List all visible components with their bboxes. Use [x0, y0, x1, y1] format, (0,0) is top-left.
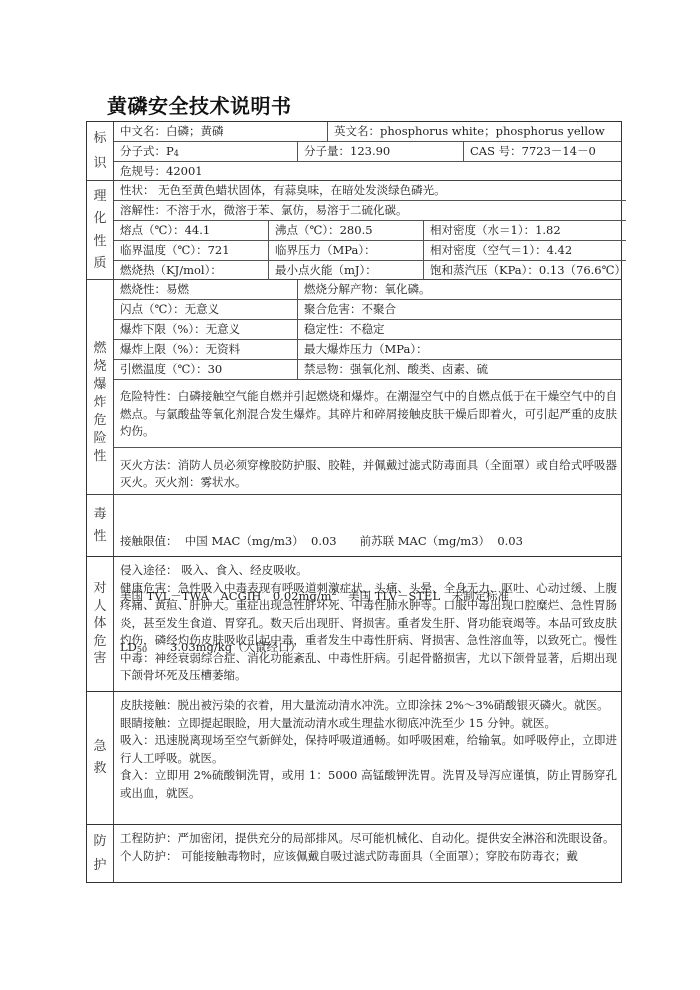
flash-point: 闪点（℃）：无意义 [114, 300, 297, 319]
first-aid-inhalation: 吸入：迅速脱离现场至空气新鲜处，保持呼吸道通畅。如呼吸困难，给输氧。如呼吸停止，… [120, 732, 617, 767]
label-char: 性 [93, 232, 106, 251]
label-char: 毒 [93, 504, 106, 526]
section-label-health: 对 人 体 危 害 [87, 557, 114, 691]
polymerization-hazard: 聚合危害：不聚合 [297, 300, 621, 319]
first-aid-eyes: 眼睛接触：立即提起眼睑，用大量流动清水或生理盐水彻底冲洗至少 15 分钟。就医。 [120, 715, 617, 733]
heat-of-combustion: 燃烧热（KJ/mol）： [114, 261, 268, 280]
first-aid-ingestion: 食入：立即用 2%硫酸铜洗胃，或用 1：5000 高锰酸钾洗胃。洗胃及导泻应谨慎… [120, 767, 617, 802]
label-char: 防 [93, 832, 106, 851]
english-name: 英文名：phosphorus white；phosphorus yellow [327, 122, 621, 141]
section-label-first-aid: 急 救 [87, 692, 114, 824]
label-char: 危 [93, 633, 106, 651]
label-char: 理 [93, 187, 106, 206]
molecular-formula: 分子式：P4 [114, 142, 297, 161]
lower-explosive-limit: 爆炸下限（%）：无意义 [114, 320, 297, 339]
molecular-weight: 分子量：123.90 [297, 142, 463, 161]
section-toxicity: 毒 性 接触限值： 中国 MAC（mg/m3） 0.03 前苏联 MAC（mg/… [87, 494, 621, 556]
section-label-physchem: 理 化 性 质 [87, 181, 114, 279]
engineering-protection: 工程防护：严加密闭，提供充分的局部排风。尽可能机械化、自动化。提供安全淋浴和洗眼… [120, 830, 617, 848]
combustion-products: 燃烧分解产物：氧化磷。 [297, 280, 621, 299]
stability: 稳定性：不稳定 [297, 320, 621, 339]
formula-text: 分子式：P [120, 144, 174, 158]
personal-protection: 个人防护： 可能接触毒物时，应该佩戴自吸过滤式防毒面具（全面罩）；穿胶布防毒衣；… [120, 848, 617, 866]
section-first-aid: 急 救 皮肤接触：脱出被污染的衣着，用大量流动清水冲洗。立即涂抹 2%～3%硝酸… [87, 691, 621, 824]
exposure-limit-china-ussr: 接触限值： 中国 MAC（mg/m3） 0.03 前苏联 MAC（mg/m3） … [120, 533, 617, 550]
melting-point: 熔点（℃）：44.1 [114, 221, 268, 240]
label-char: 燃 [93, 340, 106, 358]
label-char: 人 [93, 598, 106, 616]
label-char: 急 [93, 736, 106, 758]
critical-temperature: 临界温度（℃）：721 [114, 241, 268, 260]
protection-content: 工程防护：严加密闭，提供充分的局部排风。尽可能机械化、自动化。提供安全淋浴和洗眼… [114, 825, 621, 882]
hazard-characteristics-text: 危险特性：白磷接触空气能自燃并引起燃烧和爆炸。在潮湿空气中的自燃点低于在干燥空气… [120, 388, 617, 441]
label-char: 护 [93, 856, 106, 875]
section-label-protection: 防 护 [87, 825, 114, 882]
relative-density-air: 相对密度（空气＝1）：4.42 [423, 241, 626, 260]
section-protection: 防 护 工程防护：严加密闭，提供充分的局部排风。尽可能机械化、自动化。提供安全淋… [87, 824, 621, 882]
label-char: 险 [93, 430, 106, 448]
autoignition-temperature: 引燃温度（℃）：30 [114, 360, 297, 379]
routes-of-entry: 侵入途径： 吸入、食入、经皮吸收。 [120, 562, 617, 580]
label-char: 烧 [93, 358, 106, 376]
critical-pressure: 临界压力（MPa）： [268, 241, 423, 260]
hazard-characteristics: 危险特性：白磷接触空气能自燃并引起燃烧和爆炸。在潮湿空气中的自燃点低于在干燥空气… [114, 379, 621, 447]
label-char: 体 [93, 615, 106, 633]
chinese-name: 中文名：白磷；黄磷 [114, 122, 327, 141]
label-char: 爆 [93, 376, 106, 394]
section-label-fire: 燃 烧 爆 炸 危 险 性 [87, 280, 114, 494]
incompatible-materials: 禁忌物：强氧化剂、酸类、卤素、硫 [297, 360, 621, 379]
safety-data-table: 标 识 中文名：白磷；黄磷 英文名：phosphorus white；phosp… [86, 121, 622, 883]
health-hazard-content: 侵入途径： 吸入、食入、经皮吸收。 健康危害：急性吸入中毒表现有呼吸道刺激症状、… [114, 557, 621, 691]
max-explosion-pressure: 最大爆炸压力（MPa）： [297, 340, 621, 359]
hazard-regulation-number: 危规号：42001 [114, 162, 621, 181]
label-char: 性 [93, 526, 106, 548]
label-char: 炸 [93, 394, 106, 412]
label-char: 危 [93, 412, 106, 430]
boiling-point: 沸点（℃）：280.5 [268, 221, 423, 240]
formula-subscript: 4 [174, 149, 179, 158]
label-char: 性 [93, 448, 106, 466]
solubility: 溶解性：不溶于水，微溶于苯、氯仿，易溶于二硫化碳。 [114, 201, 626, 220]
extinguishing-method: 灭火方法：消防人员必须穿橡胶防护服、胶鞋，并佩戴过滤式防毒面具（全面罩）或自给式… [114, 447, 621, 498]
section-health-hazard: 对 人 体 危 害 侵入途径： 吸入、食入、经皮吸收。 健康危害：急性吸入中毒表… [87, 556, 621, 691]
cas-number: CAS 号：7723－14－0 [463, 142, 621, 161]
relative-density-water: 相对密度（水＝1）：1.82 [423, 221, 626, 240]
section-label-identification: 标 识 [87, 122, 114, 180]
document-title: 黄磷安全技术说明书 [107, 90, 292, 119]
upper-explosive-limit: 爆炸上限（%）：无资料 [114, 340, 297, 359]
label-char: 化 [93, 209, 106, 228]
first-aid-content: 皮肤接触：脱出被污染的衣着，用大量流动清水冲洗。立即涂抹 2%～3%硝酸银灭磷火… [114, 692, 621, 808]
section-label-toxicity: 毒 性 [87, 495, 114, 556]
label-char: 对 [93, 580, 106, 598]
label-char: 质 [93, 254, 106, 273]
first-aid-skin: 皮肤接触：脱出被污染的衣着，用大量流动清水冲洗。立即涂抹 2%～3%硝酸银灭磷火… [120, 697, 617, 715]
saturated-vapor-pressure: 饱和蒸汽压（KPa）：0.13（76.6℃） [423, 261, 626, 280]
appearance: 性状： 无色至黄色蜡状固体，有蒜臭味，在暗处发淡绿色磷光。 [114, 181, 626, 200]
extinguishing-text: 灭火方法：消防人员必须穿橡胶防护服、胶鞋，并佩戴过滤式防毒面具（全面罩）或自给式… [120, 457, 617, 492]
label-char: 标 [93, 129, 106, 148]
section-fire-explosion: 燃 烧 爆 炸 危 险 性 燃烧性：易燃 燃烧分解产物：氧化磷。 闪点（℃）：无… [87, 279, 621, 494]
label-char: 救 [93, 758, 106, 780]
label-char: 识 [93, 154, 106, 173]
health-hazards: 健康危害：急性吸入中毒表现有呼吸道刺激症状、头痛、头晕、全身无力、呕吐、心动过缓… [120, 580, 617, 685]
flammability: 燃烧性：易燃 [114, 280, 297, 299]
section-physchem: 理 化 性 质 性状： 无色至黄色蜡状固体，有蒜臭味，在暗处发淡绿色磷光。 溶解… [87, 180, 621, 279]
label-char: 害 [93, 650, 106, 668]
min-ignition-energy: 最小点火能（mJ）： [268, 261, 423, 280]
section-identification: 标 识 中文名：白磷；黄磷 英文名：phosphorus white；phosp… [87, 122, 621, 180]
